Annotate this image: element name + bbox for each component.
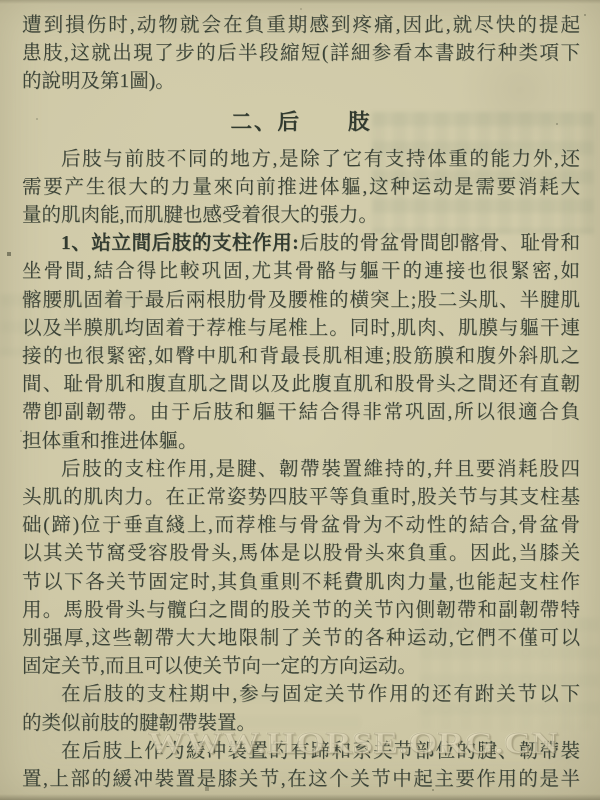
text-line: 的类似前肢的腱韌帶裝置。 [22, 710, 580, 738]
paragraph: 在后肢的支柱期中,参与固定关节作用的还有跗关节以下的类似前肢的腱韌帶裝置。 [22, 681, 580, 737]
text-line: 础(蹄)位于垂直綫上,而荐椎与骨盆骨为不动性的結合,骨盆骨 [22, 512, 580, 540]
text-line: 头肌的肌肉力。在正常姿势四肢平等負重时,股关节与其支柱基 [22, 484, 580, 512]
text-line: 髂腰肌固着于最后兩根肋骨及腰椎的横突上;股二头肌、半腱肌 [22, 287, 580, 315]
ink-speckles [0, 0, 2, 2]
paragraph: 后肢与前肢不同的地方,是除了它有支持体重的能力外,还需要产生很大的力量來向前推进… [22, 146, 580, 231]
text-line: 用。馬股骨头与髖臼之間的股关节的关节內側韌帶和副韌帶特 [22, 597, 580, 625]
text-line: 节以下各关节固定时,其負重則不耗費肌肉力量,也能起支柱作 [22, 569, 580, 597]
text-line: 以及半膜肌均固着于荐椎与尾椎上。同时,肌肉、肌膜与軀干連 [22, 315, 580, 343]
text-line: 1、站立間后肢的支柱作用:后肢的骨盆骨間卽髂骨、耻骨和 [22, 230, 580, 258]
section-heading: 二、后 肢 [22, 107, 580, 137]
text-line: 別强厚,这些韌帶大大地限制了关节的各种运动,它們不僅可以 [22, 625, 580, 653]
run-in-subheading: 1、站立間后肢的支柱作用: [61, 233, 299, 254]
scanned-page: 遭到損伤时,动物就会在負重期感到疼痛,因此,就尽快的提起患肢,这就出現了步的后半… [0, 0, 600, 800]
text-line: 在后肢的支柱期中,参与固定关节作用的还有跗关节以下 [22, 681, 580, 709]
text-line: 患肢,这就出現了步的后半段縮短(詳細参看本書跛行种类項下 [22, 40, 580, 68]
page-content: 遭到損伤时,动物就会在負重期感到疼痛,因此,就尽快的提起患肢,这就出現了步的后半… [22, 12, 580, 794]
text-line: 在后肢上作为緩冲裝置的有蹄和系关节部位的腱、韌帶裝 [22, 738, 580, 766]
text-line: 后肢与前肢不同的地方,是除了它有支持体重的能力外,还 [22, 146, 580, 174]
paragraph: 后肢的支柱作用,是腱、韌帶裝置維持的,幷且要消耗股四头肌的肌肉力。在正常姿势四肢… [22, 456, 580, 682]
text-line: 需要产生很大的力量來向前推进体軀,这种运动是需要消耗大 [22, 174, 580, 202]
text-line: 間、耻骨肌和腹直肌之間以及此腹直肌和股骨头之間还有直韌 [22, 371, 580, 399]
text-line: 帶卽副韌帶。由于后肢和軀干結合得非常巩固,所以很適合負 [22, 399, 580, 427]
text-line: 担体重和推进体軀。 [22, 428, 580, 456]
text-line: 的說明及第1圖)。 [22, 68, 580, 96]
text-line: 坐骨間,結合得比較巩固,尤其骨骼与軀干的連接也很緊密,如 [22, 258, 580, 286]
text-line: 后肢的支柱作用,是腱、韌帶裝置維持的,幷且要消耗股四 [22, 456, 580, 484]
text-line: 置,上部的緩冲裝置是膝关节,在这个关节中起主要作用的是半 [22, 766, 580, 794]
paragraph: 在后肢上作为緩冲裝置的有蹄和系关节部位的腱、韌帶裝置,上部的緩冲裝置是膝关节,在… [22, 738, 580, 794]
paragraph: 1、站立間后肢的支柱作用:后肢的骨盆骨間卽髂骨、耻骨和坐骨間,結合得比較巩固,尤… [22, 230, 580, 456]
text-line: 固定关节,而且可以使关节向一定的方向运动。 [22, 653, 580, 681]
text-line: 遭到損伤时,动物就会在負重期感到疼痛,因此,就尽快的提起 [22, 12, 580, 40]
text-line: 接的也很緊密,如臀中肌和背最長肌相連;股筋膜和腹外斜肌之 [22, 343, 580, 371]
text-line: 量的肌肉能,而肌腱也感受着很大的張力。 [22, 202, 580, 230]
text-line: 以其关节窩受容股骨头,馬体是以股骨头來負重。因此,当膝关 [22, 540, 580, 568]
paragraph: 遭到損伤时,动物就会在負重期感到疼痛,因此,就尽快的提起患肢,这就出現了步的后半… [22, 12, 580, 97]
